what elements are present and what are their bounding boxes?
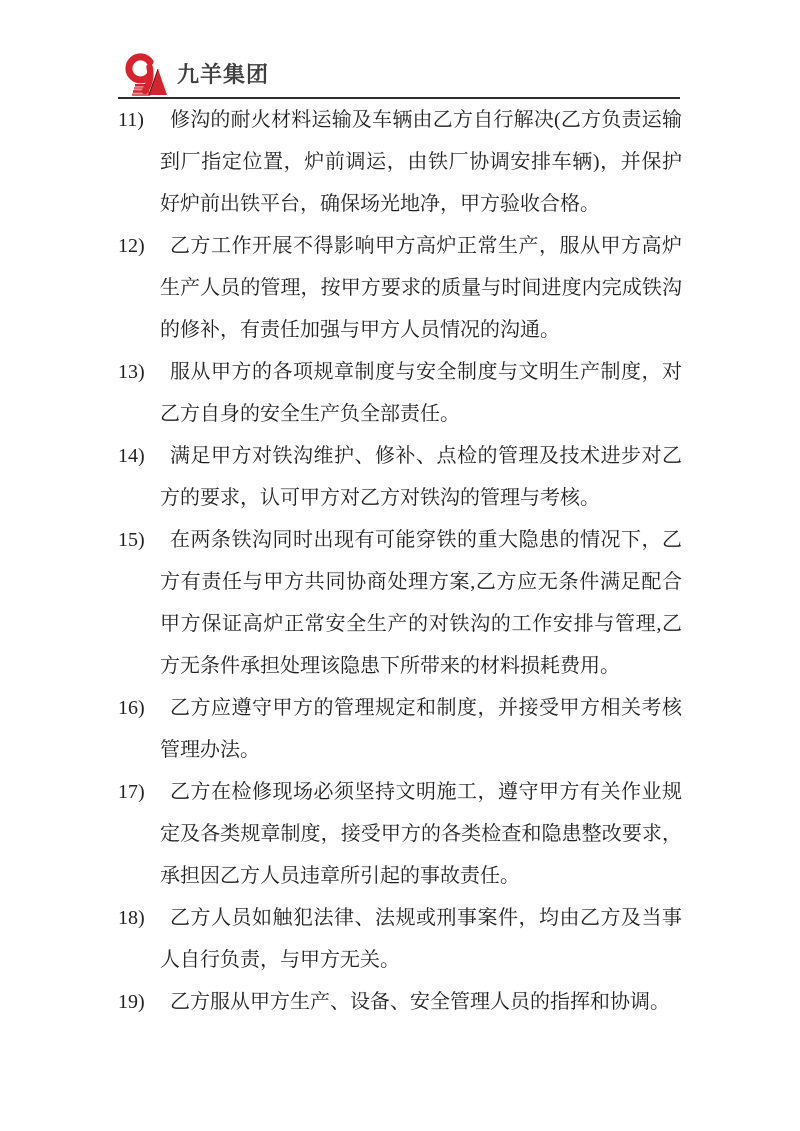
clause-item-19: 19) 乙方服从甲方生产、设备、安全管理人员的指挥和协调。 bbox=[118, 981, 682, 1023]
clause-number: 17) bbox=[118, 771, 160, 813]
clause-item-11: 11) 修沟的耐火材料运输及车辆由乙方自行解决(乙方负责运输到厂指定位置，炉前调… bbox=[118, 99, 682, 225]
clause-text: 乙方应遵守甲方的管理规定和制度，并接受甲方相关考核管理办法。 bbox=[160, 687, 682, 771]
clause-number: 18) bbox=[118, 897, 160, 939]
clause-text: 乙方在检修现场必须坚持文明施工，遵守甲方有关作业规定及各类规章制度，接受甲方的各… bbox=[160, 771, 682, 897]
letterhead: 九羊集团 bbox=[0, 0, 800, 100]
jiuyang-ram-logo-icon bbox=[124, 53, 170, 96]
document-page: 九羊集团 11) 修沟的耐火材料运输及车辆由乙方自行解决(乙方负责运输到厂指定位… bbox=[0, 0, 800, 1131]
clause-text: 服从甲方的各项规章制度与安全制度与文明生产制度，对乙方自身的安全生产负全部责任。 bbox=[160, 351, 682, 435]
clause-item-16: 16) 乙方应遵守甲方的管理规定和制度，并接受甲方相关考核管理办法。 bbox=[118, 687, 682, 771]
company-logo: 九羊集团 bbox=[124, 53, 269, 96]
clause-number: 13) bbox=[118, 351, 160, 393]
clause-item-12: 12) 乙方工作开展不得影响甲方高炉正常生产，服从甲方高炉生产人员的管理，按甲方… bbox=[118, 225, 682, 351]
clause-text: 修沟的耐火材料运输及车辆由乙方自行解决(乙方负责运输到厂指定位置，炉前调运，由铁… bbox=[160, 99, 682, 225]
clause-number: 16) bbox=[118, 687, 160, 729]
clause-text: 乙方人员如触犯法律、法规或刑事案件，均由乙方及当事人自行负责，与甲方无关。 bbox=[160, 897, 682, 981]
clause-number: 14) bbox=[118, 435, 160, 477]
clause-text: 在两条铁沟同时出现有可能穿铁的重大隐患的情况下，乙方有责任与甲方共同协商处理方案… bbox=[160, 519, 682, 687]
clause-text: 乙方工作开展不得影响甲方高炉正常生产，服从甲方高炉生产人员的管理，按甲方要求的质… bbox=[160, 225, 682, 351]
clause-text: 满足甲方对铁沟维护、修补、点检的管理及技术进步对乙方的要求，认可甲方对乙方对铁沟… bbox=[160, 435, 682, 519]
clause-number: 19) bbox=[118, 981, 160, 1023]
clause-item-18: 18) 乙方人员如触犯法律、法规或刑事案件，均由乙方及当事人自行负责，与甲方无关… bbox=[118, 897, 682, 981]
brand-name: 九羊集团 bbox=[177, 53, 269, 96]
clause-item-17: 17) 乙方在检修现场必须坚持文明施工，遵守甲方有关作业规定及各类规章制度，接受… bbox=[118, 771, 682, 897]
clause-item-15: 15) 在两条铁沟同时出现有可能穿铁的重大隐患的情况下，乙方有责任与甲方共同协商… bbox=[118, 519, 682, 687]
clause-number: 15) bbox=[118, 519, 160, 561]
clause-item-13: 13) 服从甲方的各项规章制度与安全制度与文明生产制度，对乙方自身的安全生产负全… bbox=[118, 351, 682, 435]
clause-list: 11) 修沟的耐火材料运输及车辆由乙方自行解决(乙方负责运输到厂指定位置，炉前调… bbox=[118, 99, 682, 1023]
clause-number: 11) bbox=[118, 99, 160, 141]
clause-number: 12) bbox=[118, 225, 160, 267]
clause-text: 乙方服从甲方生产、设备、安全管理人员的指挥和协调。 bbox=[160, 981, 682, 1023]
clause-item-14: 14) 满足甲方对铁沟维护、修补、点检的管理及技术进步对乙方的要求，认可甲方对乙… bbox=[118, 435, 682, 519]
